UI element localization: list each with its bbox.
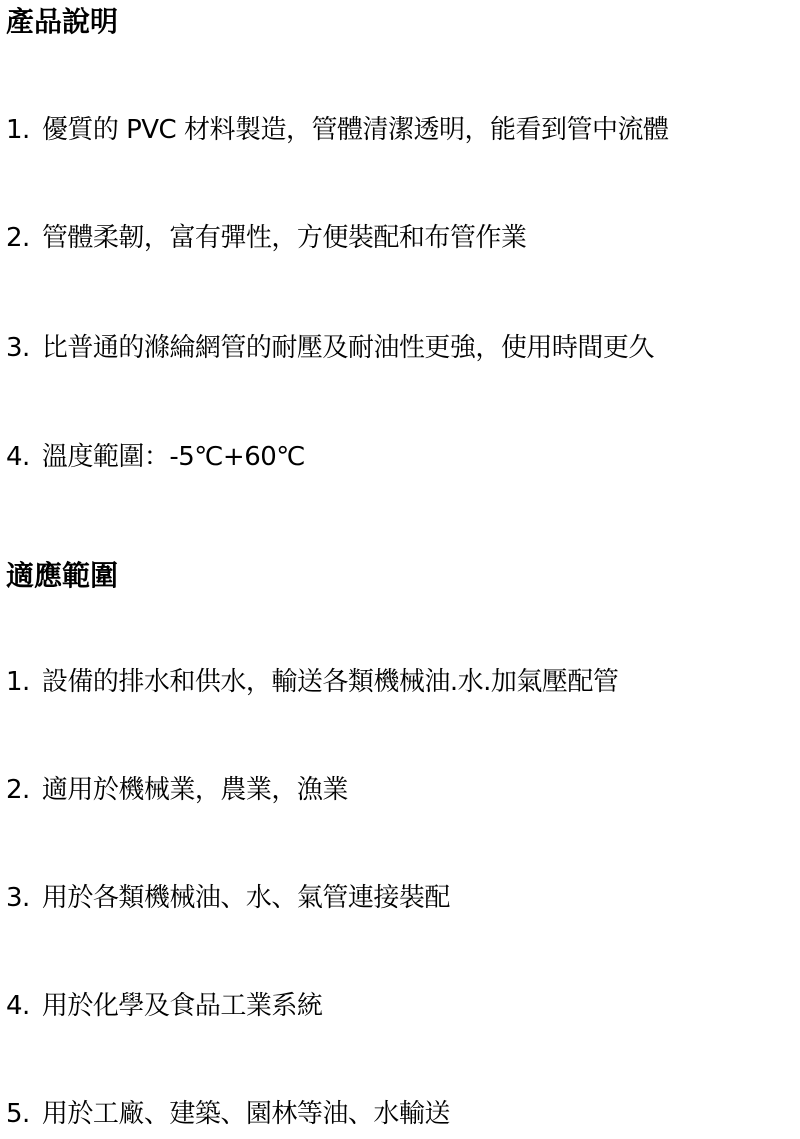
list-number: 2. bbox=[6, 770, 30, 810]
list-number: 3. bbox=[6, 328, 30, 368]
list-item: 3.用於各類機械油、水、氣管連接裝配 bbox=[6, 878, 450, 918]
list-item: 2.管體柔韌，富有彈性，方便裝配和布管作業 bbox=[6, 218, 526, 258]
list-item: 3.比普通的滌綸網管的耐壓及耐油性更強，使用時間更久 bbox=[6, 328, 654, 368]
list-text: 設備的排水和供水，輸送各類機械油.水.加氣壓配管 bbox=[42, 667, 619, 697]
list-item: 5.用於工廠、建築、園林等油、水輸送 bbox=[6, 1094, 450, 1134]
section-title-product-description: 產品說明 bbox=[6, 2, 118, 42]
list-item: 1.優質的 PVC 材料製造，管體清潔透明，能看到管中流體 bbox=[6, 110, 668, 150]
list-text: 適用於機械業，農業，漁業 bbox=[42, 775, 348, 805]
list-item: 2.適用於機械業，農業，漁業 bbox=[6, 770, 348, 810]
list-text: 溫度範圍：-5℃+60℃ bbox=[42, 442, 305, 472]
list-number: 2. bbox=[6, 218, 30, 258]
list-text: 優質的 PVC 材料製造，管體清潔透明，能看到管中流體 bbox=[42, 115, 669, 145]
list-number: 1. bbox=[6, 662, 30, 702]
section-title-application-scope: 適應範圍 bbox=[6, 556, 118, 596]
list-text: 用於工廠、建築、園林等油、水輸送 bbox=[42, 1099, 450, 1129]
list-number: 1. bbox=[6, 110, 30, 150]
list-number: 3. bbox=[6, 878, 30, 918]
list-text: 用於化學及食品工業系統 bbox=[42, 991, 323, 1021]
list-text: 比普通的滌綸網管的耐壓及耐油性更強，使用時間更久 bbox=[42, 333, 654, 363]
list-text: 用於各類機械油、水、氣管連接裝配 bbox=[42, 883, 450, 913]
list-item: 4.用於化學及食品工業系統 bbox=[6, 986, 322, 1026]
list-number: 4. bbox=[6, 986, 30, 1026]
list-item: 1.設備的排水和供水，輸送各類機械油.水.加氣壓配管 bbox=[6, 662, 618, 702]
list-number: 4. bbox=[6, 437, 30, 477]
list-number: 5. bbox=[6, 1094, 30, 1134]
list-item: 4.溫度範圍：-5℃+60℃ bbox=[6, 437, 305, 477]
list-text: 管體柔韌，富有彈性，方便裝配和布管作業 bbox=[42, 223, 527, 253]
